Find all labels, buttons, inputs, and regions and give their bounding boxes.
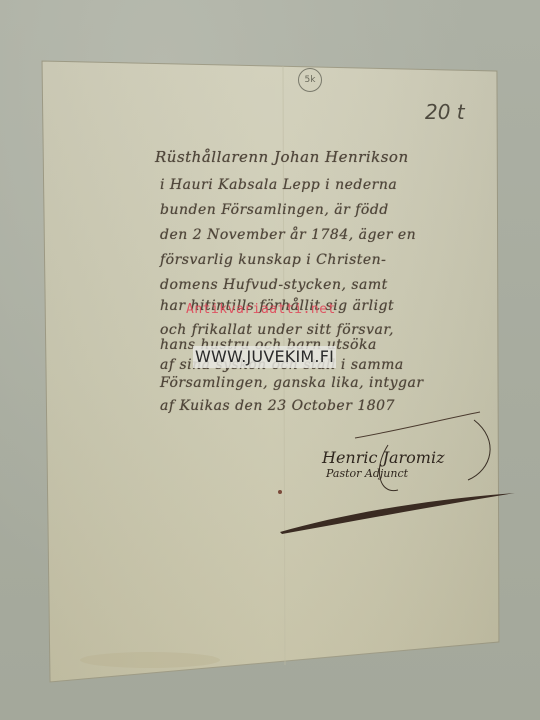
text-line-11: Församlingen, ganska lika, intygar xyxy=(160,375,424,391)
text-line-3: bunden Församlingen, är född xyxy=(160,202,389,218)
text-line-12: af Kuikas den 23 October 1807 xyxy=(160,398,395,414)
watermark-juvekim: WWW.JUVEKIM.FI xyxy=(193,346,336,368)
text-line-8: och frikallat under sitt försvar, xyxy=(160,322,394,338)
signature-name: Henric Jaromiz xyxy=(322,448,445,467)
text-line-4: den 2 November år 1784, äger en xyxy=(160,227,416,243)
watermark-antikvariaatti: Antikvariaatti.net xyxy=(186,302,336,317)
text-line-1: Rüsthållarenn Johan Henrikson xyxy=(155,148,409,166)
text-line-5: försvarlig kunskap i Christen- xyxy=(160,252,386,268)
pencil-price-mark: 20 t xyxy=(425,100,465,124)
signature-title: Pastor Adjunct xyxy=(326,467,445,480)
signature-block: Henric Jaromiz Pastor Adjunct xyxy=(322,448,445,480)
pencil-circled-mark: 5k xyxy=(298,68,322,92)
text-line-6: domens Hufvud-stycken, samt xyxy=(160,277,388,293)
text-line-2: i Hauri Kabsala Lepp i nederna xyxy=(160,177,397,193)
